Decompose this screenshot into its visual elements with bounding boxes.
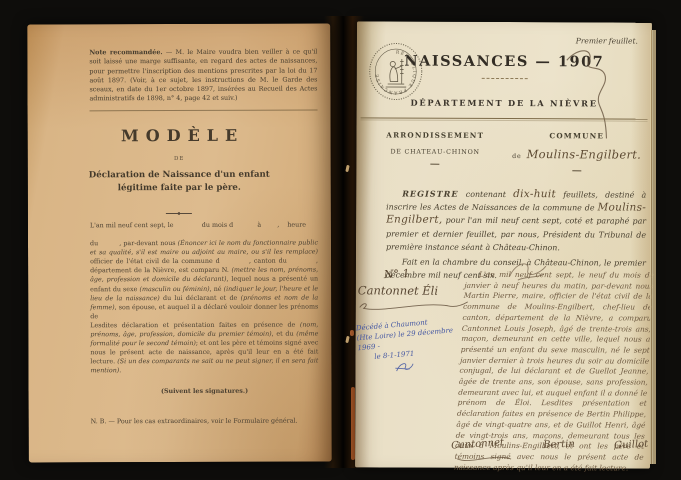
model-paragraph: du , par-devant nous (Énoncer ici le nom… — [90, 239, 318, 322]
ornament-divider — [164, 211, 194, 216]
commune-column: COMMUNE de Moulins-Engilbert. — [506, 131, 648, 172]
death-margin-note: Décédé à Chaumont (Hte Loire) le 29 déce… — [356, 314, 472, 377]
right-page-naissances-1907: Premier feuillet. RÉPUBLIQUE FRANÇAISE N… — [355, 21, 652, 468]
book-scan-background: { "colors": { "background": "#0e0d0b", "… — [0, 0, 681, 480]
header-rule — [361, 117, 648, 119]
margin-flourish-icon — [356, 299, 470, 313]
arrondissement-label: ARRONDISSEMENT — [364, 130, 506, 140]
commune-prefix: de — [512, 153, 521, 160]
model-intro-line: L'an mil neuf cent sept, le du mois d à … — [90, 221, 318, 231]
title-divider — [481, 78, 527, 79]
column-dash — [572, 170, 581, 171]
commune-value-line: de Moulins-Engilbert. — [506, 143, 648, 163]
act-signatures: Cantonnet Bertin Guillot — [451, 439, 648, 451]
note-recommandee: Note recommandée. — M. le Maire voudra b… — [89, 48, 317, 111]
suivent-signatures-note: (Suivent les signatures.) — [91, 386, 319, 396]
signature-witness-2: Guillot — [614, 439, 649, 452]
arrondissement-column: ARRONDISSEMENT DE CHATEAU-CHINON — [364, 130, 506, 171]
arrondissement-value: DE CHATEAU-CHINON — [364, 148, 506, 156]
header-columns: ARRONDISSEMENT DE CHATEAU-CHINON COMMUNE… — [364, 130, 647, 171]
declaration-heading: Déclaration de Naissance d'un enfant lég… — [78, 169, 281, 195]
column-dash — [431, 164, 440, 165]
registre-paragraph: Registre contenant dix-huit feuillets, d… — [386, 187, 646, 254]
page-edge-stack — [650, 30, 656, 464]
commune-label: COMMUNE — [506, 131, 648, 141]
signature-father: Cantonnet — [451, 437, 505, 451]
act-number: N° 1 — [384, 267, 410, 281]
commune-name-handwritten: Moulins-Engilbert. — [527, 147, 642, 161]
modele-title: MODÈLE — [28, 125, 331, 145]
modele-of: DE — [28, 155, 331, 162]
act-name: Cantonnet Éli — [358, 283, 438, 297]
left-page-modele: Note recommandée. — M. le Maire voudra b… — [27, 23, 332, 462]
model-paragraph-2: Lesdites déclaration et présentation fai… — [90, 320, 318, 375]
signature-witness-1: Bertin — [543, 439, 575, 451]
model-body: L'an mil neuf cent sept, le du mois d à … — [90, 221, 319, 426]
spine-ribbon-dot — [350, 330, 354, 336]
signature-flourish-icon — [455, 452, 513, 464]
official-seal-icon: RÉPUBLIQUE FRANÇAISE — [365, 37, 427, 103]
title-paraph-icon — [560, 44, 618, 142]
note-lead: Note recommandée. — [89, 48, 162, 56]
department-heading: DÉPARTEMENT DE LA NIÈVRE — [357, 97, 652, 108]
nb-note: N. B. — Pour les cas extraordinaires, vo… — [91, 416, 319, 426]
